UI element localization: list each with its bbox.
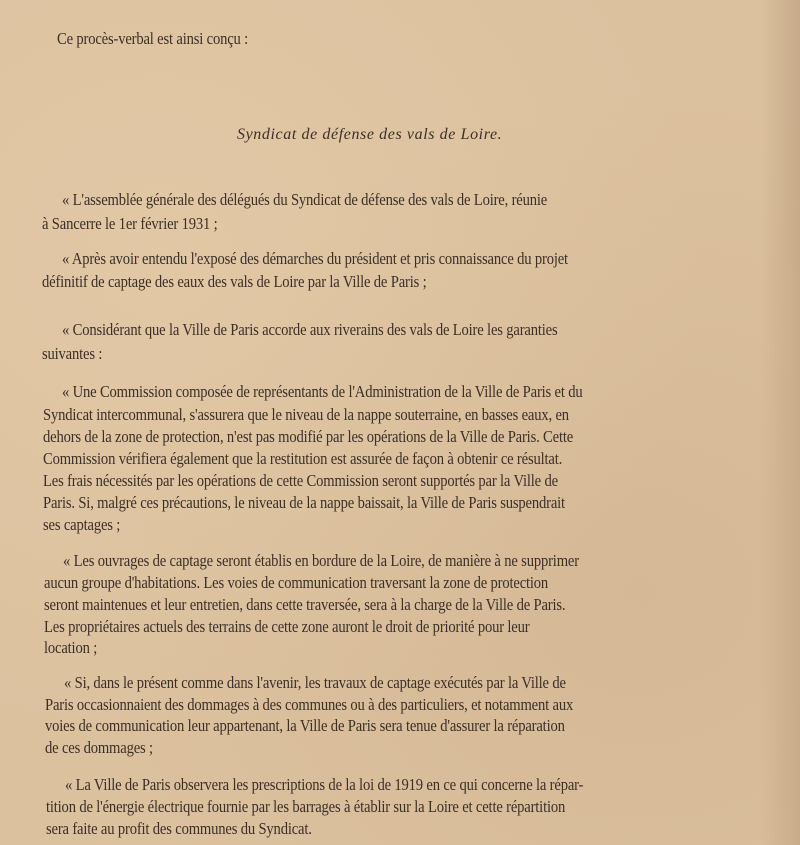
paragraph-line: de ces dommages ;	[45, 738, 153, 758]
paragraph-line: Paris occasionnaient des dommages à des …	[45, 695, 573, 715]
paragraph-line: aucun groupe d'habitations. Les voies de…	[44, 573, 548, 593]
paragraph-line: voies de communication leur appartenant,…	[45, 716, 565, 736]
paragraph-line: tition de l'énergie électrique fournie p…	[46, 797, 565, 817]
paragraph-line: définitif de captage des eaux des vals d…	[42, 272, 426, 292]
paragraph-line: « La Ville de Paris observera les prescr…	[65, 775, 583, 795]
paragraph-line: « Considérant que la Ville de Paris acco…	[62, 320, 557, 340]
paragraph-line: à Sancerre le 1er février 1931 ;	[42, 214, 218, 234]
paragraph-line: « L'assemblée générale des délégués du S…	[62, 190, 547, 210]
paragraph-line: « Les ouvrages de captage seront établis…	[63, 551, 579, 571]
paragraph-line: sera faite au profit des communes du Syn…	[46, 819, 312, 839]
paragraph-line: location ;	[44, 638, 97, 658]
paragraph-line: « Si, dans le présent comme dans l'aveni…	[64, 673, 566, 693]
section-heading: Syndicat de défense des vals de Loire.	[237, 126, 502, 144]
paragraph-line: Les propriétaires actuels des terrains d…	[44, 617, 529, 637]
intro-text: Ce procès-verbal est ainsi conçu :	[57, 29, 248, 49]
paragraph-line: Syndicat intercommunal, s'assurera que l…	[43, 405, 569, 425]
paragraph-line: dehors de la zone de protection, n'est p…	[43, 427, 573, 447]
paragraph-line: ses captages ;	[43, 515, 120, 535]
paragraph-line: « Après avoir entendu l'exposé des démar…	[62, 249, 568, 269]
paragraph-line: « Une Commission composée de représentan…	[62, 382, 583, 402]
paragraph-line: Paris. Si, malgré ces précautions, le ni…	[43, 493, 565, 513]
paragraph-line: suivantes :	[42, 344, 102, 364]
paragraph-line: Commission vérifiera également que la re…	[43, 449, 562, 469]
paragraph-line: seront maintenues et leur entretien, dan…	[44, 595, 565, 615]
document-page: Ce procès-verbal est ainsi conçu : Syndi…	[0, 0, 800, 845]
paragraph-line: Les frais nécessités par les opérations …	[43, 471, 558, 491]
